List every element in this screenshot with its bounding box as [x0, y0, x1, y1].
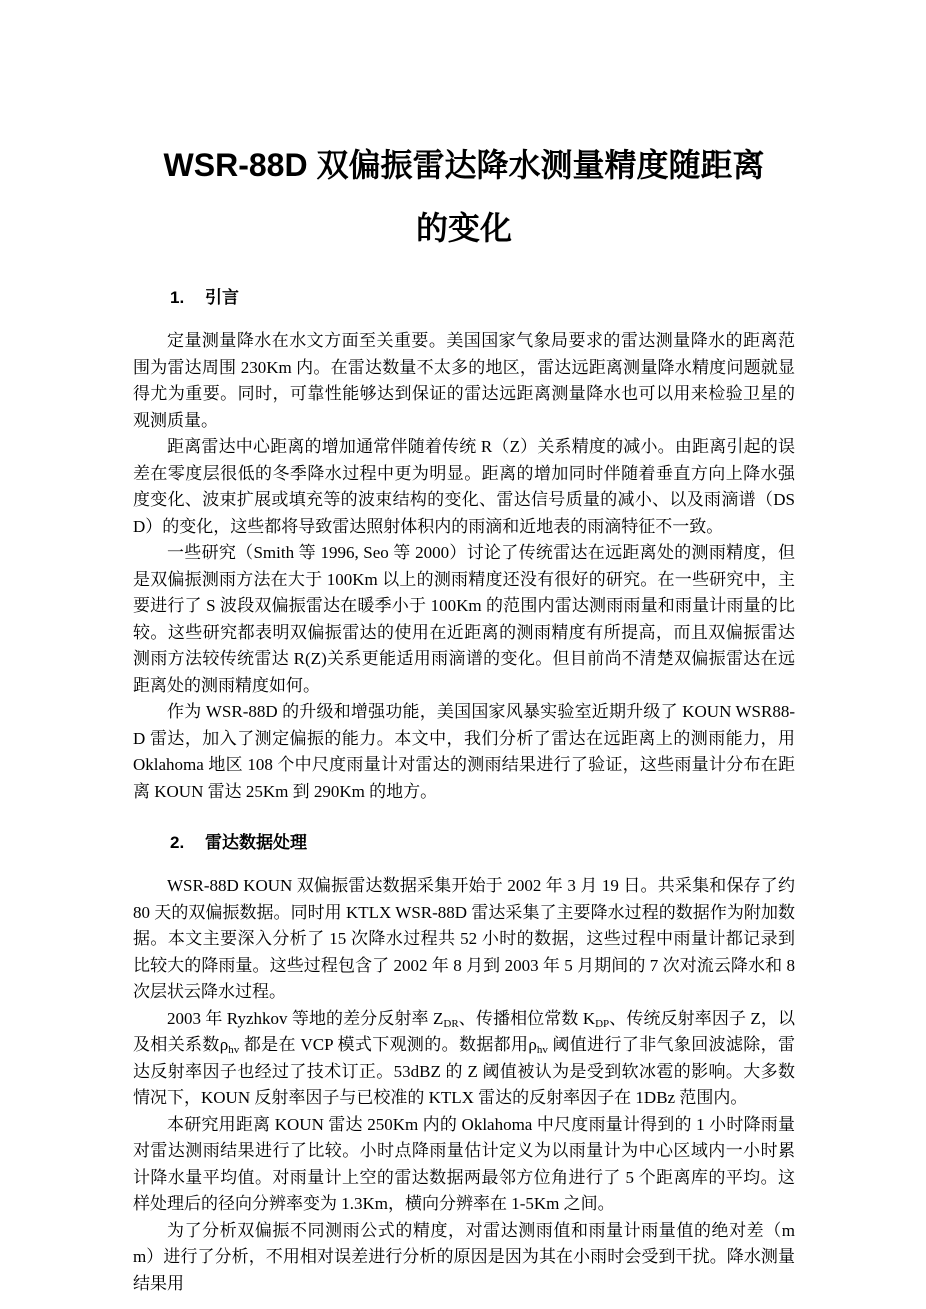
document-page: WSR-88D 双偏振雷达降水测量精度随距离 的变化 1.引言 定量测量降水在水…: [0, 0, 926, 1309]
document-title: WSR-88D 双偏振雷达降水测量精度随距离 的变化: [133, 134, 795, 260]
paragraph: 为了分析双偏振不同测雨公式的精度，对雷达测雨值和雨量计雨量值的绝对差（mm）进行…: [133, 1218, 795, 1298]
paragraph-text: 都是在 VCP 模式下观测的。数据都用ρ: [239, 1035, 537, 1054]
section-number: 2.: [170, 830, 205, 856]
paragraph-text: 作为 WSR-88D 的升级和增强功能，美国国家风暴实验室近期升级了 KOUN …: [133, 702, 795, 801]
subscript-zdr: DR: [443, 1018, 458, 1030]
paragraph-text: 一些研究（Smith 等 1996, Seo 等 2000）讨论了传统雷达在远距…: [133, 543, 795, 695]
document-title-line1: WSR-88D 双偏振雷达降水测量精度随距离: [133, 134, 795, 197]
paragraph-text: WSR-88D KOUN 双偏振雷达数据采集开始于 2002 年 3 月 19 …: [133, 876, 795, 1001]
paragraph: 距离雷达中心距离的增加通常伴随着传统 R（Z）关系精度的减小。由距离引起的误差在…: [133, 434, 795, 540]
document-title-line2: 的变化: [133, 197, 795, 260]
paragraph-text: 为了分析双偏振不同测雨公式的精度，对雷达测雨值和雨量计雨量值的绝对差（mm）进行…: [133, 1221, 795, 1293]
paragraph-text: 定量测量降水在水文方面至关重要。美国国家气象局要求的雷达测量降水的距离范围为雷达…: [133, 331, 795, 430]
paragraph-text: 、传播相位常数 K: [459, 1009, 595, 1028]
paragraph: 本研究用距离 KOUN 雷达 250Km 内的 Oklahoma 中尺度雨量计得…: [133, 1112, 795, 1218]
paragraph: 作为 WSR-88D 的升级和增强功能，美国国家风暴实验室近期升级了 KOUN …: [133, 699, 795, 805]
paragraph-text: 距离雷达中心距离的增加通常伴随着传统 R（Z）关系精度的减小。由距离引起的误差在…: [133, 437, 795, 536]
paragraph: WSR-88D KOUN 双偏振雷达数据采集开始于 2002 年 3 月 19 …: [133, 873, 795, 1006]
paragraph: 2003 年 Ryzhkov 等地的差分反射率 ZDR、传播相位常数 KDP、传…: [133, 1006, 795, 1112]
section-heading-label: 雷达数据处理: [205, 833, 307, 852]
section-heading-radar-data-processing: 2.雷达数据处理: [170, 830, 795, 856]
section-heading-label: 引言: [205, 288, 239, 307]
paragraph: 定量测量降水在水文方面至关重要。美国国家气象局要求的雷达测量降水的距离范围为雷达…: [133, 328, 795, 434]
section-heading-introduction: 1.引言: [170, 285, 795, 311]
subscript-kdp: DP: [595, 1018, 609, 1030]
paragraph-text: 本研究用距离 KOUN 雷达 250Km 内的 Oklahoma 中尺度雨量计得…: [133, 1115, 795, 1214]
paragraph-text: 2003 年 Ryzhkov 等地的差分反射率 Z: [167, 1009, 443, 1028]
subscript-rhohv: hv: [228, 1044, 239, 1056]
section-number: 1.: [170, 285, 205, 311]
paragraph: 一些研究（Smith 等 1996, Seo 等 2000）讨论了传统雷达在远距…: [133, 540, 795, 699]
subscript-rhohv: hv: [537, 1044, 548, 1056]
